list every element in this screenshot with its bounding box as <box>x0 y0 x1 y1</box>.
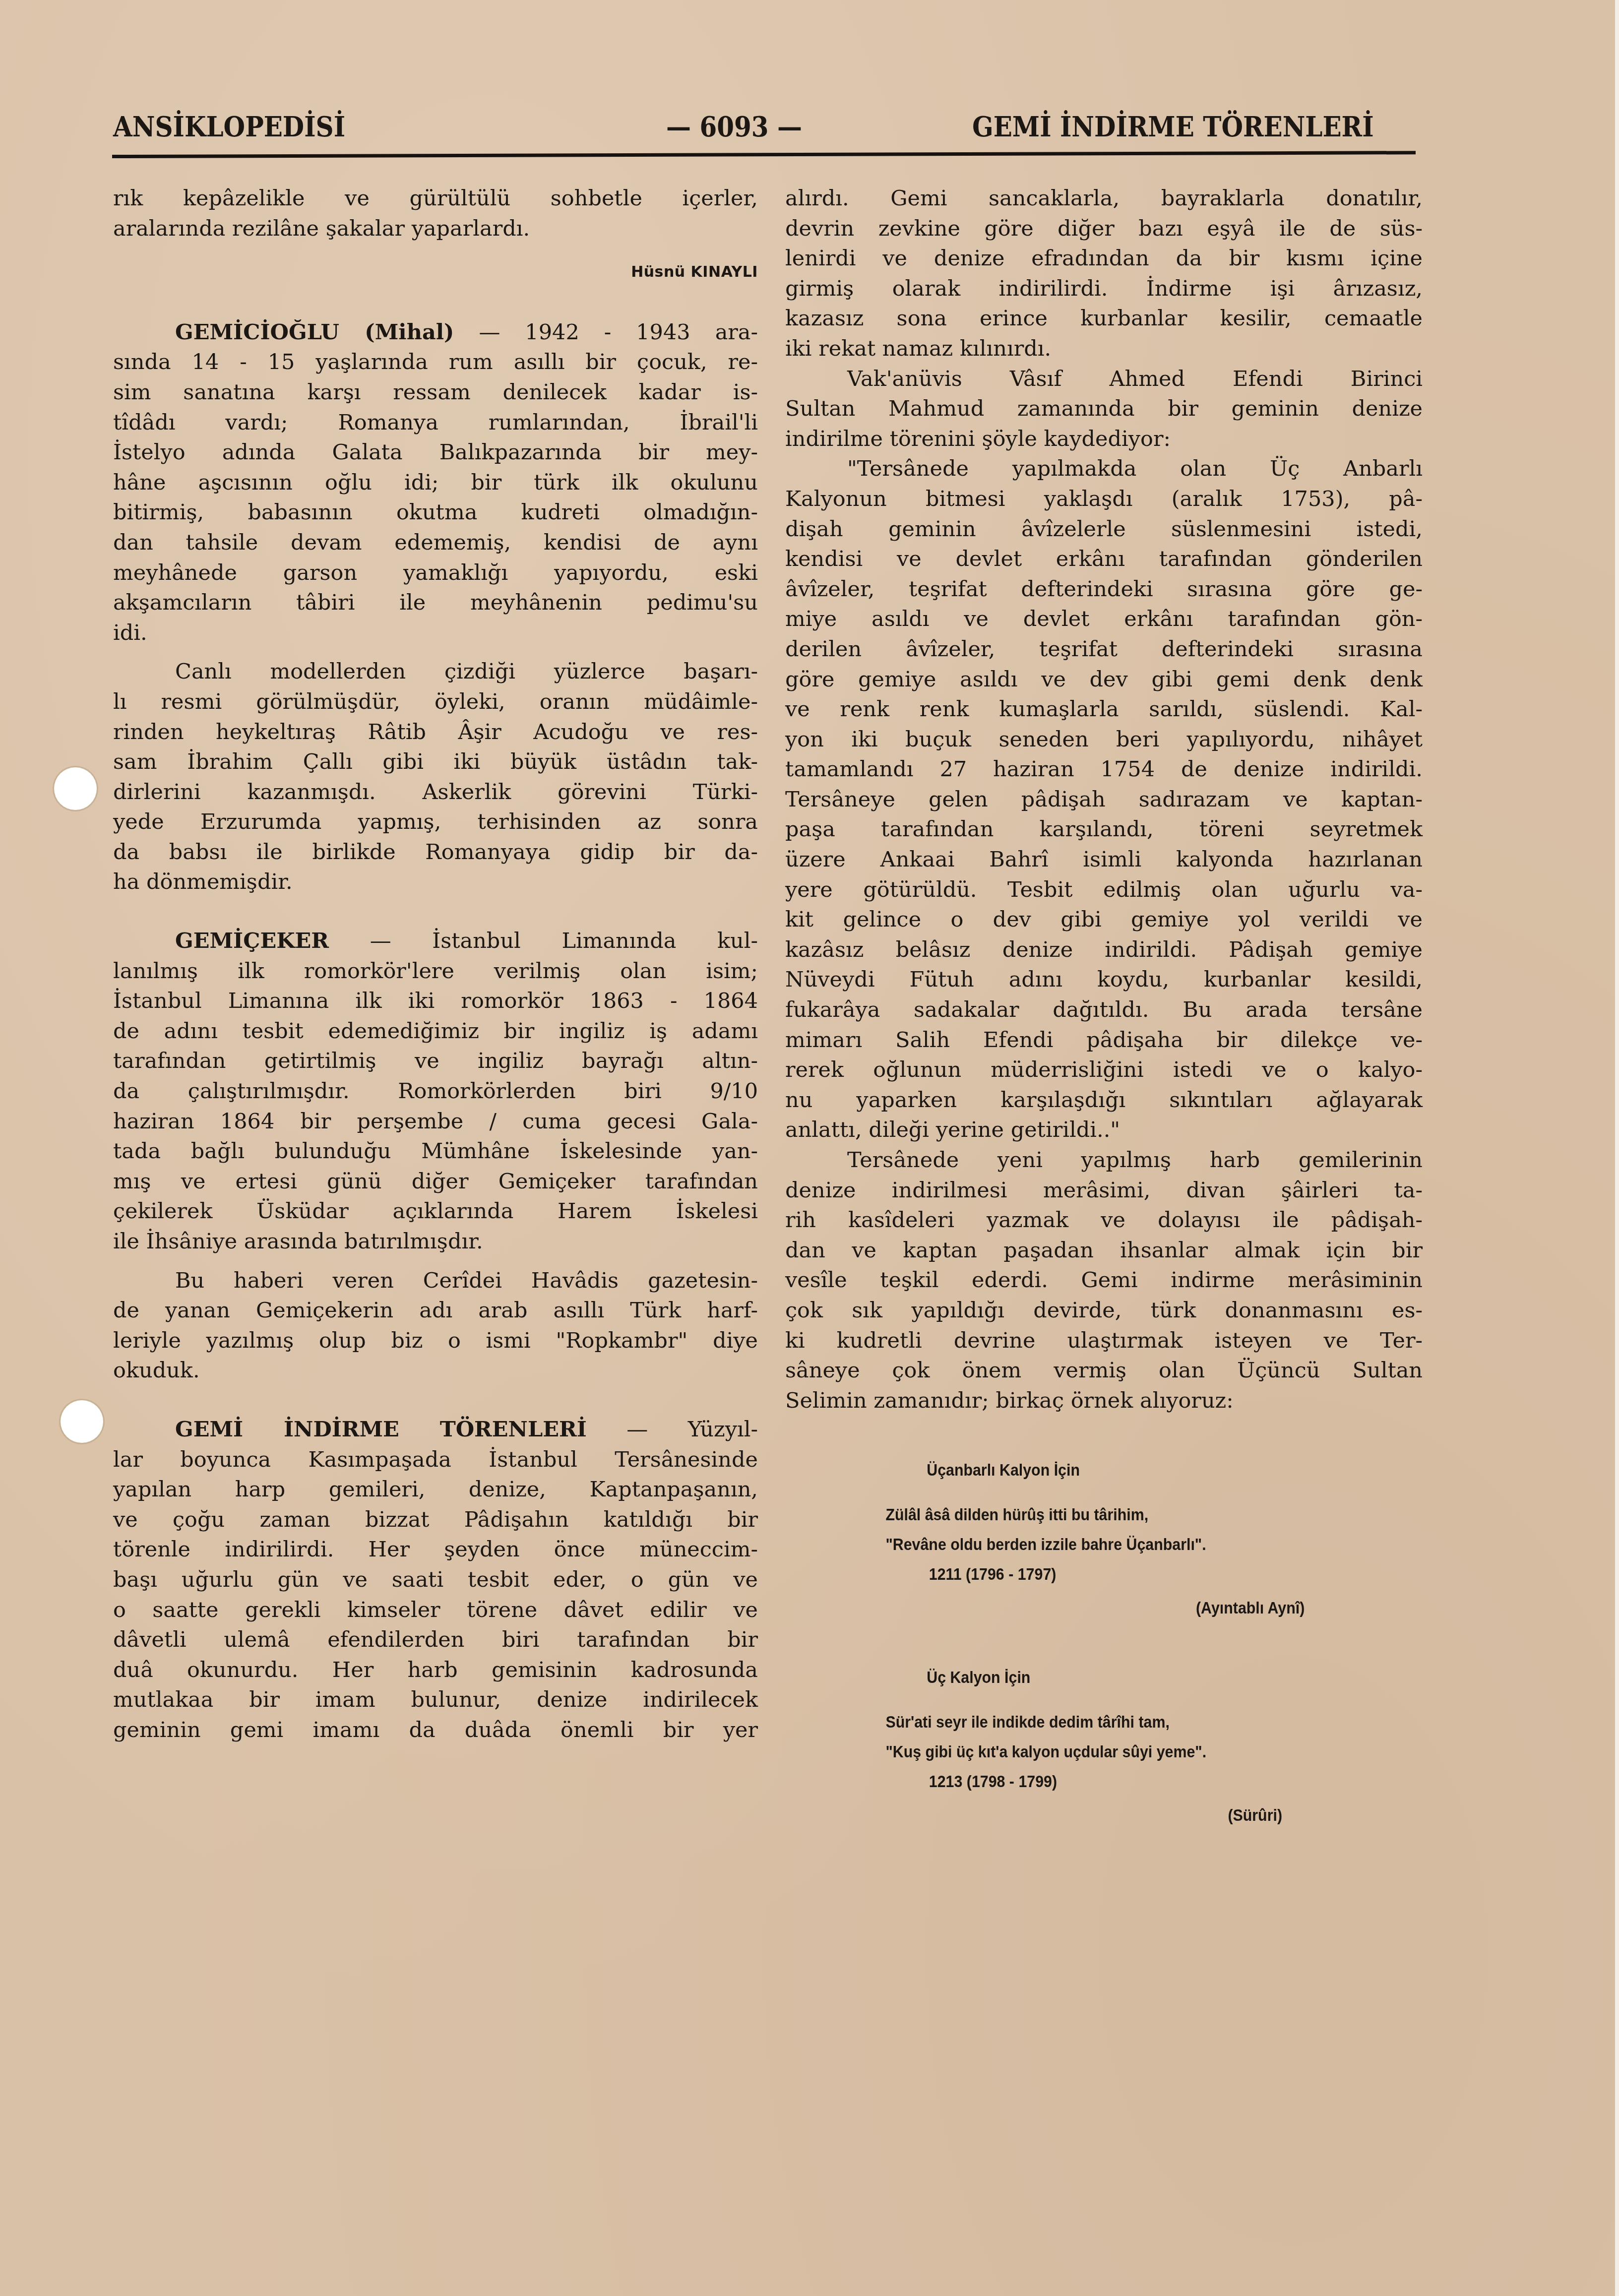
text-line: Bu haberi veren Cerîdei Havâdis gazetesi… <box>113 1266 758 1296</box>
poem-title: Üç Kalyon İçin <box>785 1663 1371 1692</box>
text-line: ha dönmemişdir. <box>113 867 758 897</box>
entry-term: GEMİCİOĞLU (Mihal) <box>175 320 454 345</box>
text-line: denize indirilmesi merâsimi, divan şâirl… <box>785 1176 1423 1206</box>
entry-gemi-indirme-torenleri: GEMİ İNDİRME TÖRENLERİ — Yüzyıl- lar boy… <box>113 1415 758 1745</box>
text-line: lanılmış ilk romorkör'lere verilmiş olan… <box>113 956 758 987</box>
entry-term: GEMİÇEKER <box>175 929 329 953</box>
text-line: mimarı Salih Efendi pâdişaha bir dilekçe… <box>785 1025 1423 1055</box>
text-line: duâ okunurdu. Her harb gemisinin kadrosu… <box>113 1655 758 1685</box>
spacer <box>113 1257 758 1266</box>
text-line: lenirdi ve denize efradından da bir kısm… <box>785 244 1423 274</box>
text-line: Vak'anüvis Vâsıf Ahmed Efendi Birinci <box>785 364 1423 394</box>
text-line: tada bağlı bulunduğu Mümhâne İskelesinde… <box>113 1136 758 1167</box>
poem-title: Üçanbarlı Kalyon İçin <box>785 1455 1371 1485</box>
punch-hole <box>54 767 97 810</box>
text-line: sında 14 - 15 yaşlarında rum asıllı bir … <box>113 347 758 377</box>
text-line: leriyle yazılmış olup biz o ismi "Ropkam… <box>113 1326 758 1356</box>
text-line: okuduk. <box>113 1356 758 1386</box>
text-line: meyhânede garson yamaklığı yapıyordu, es… <box>113 558 758 588</box>
entry-gemiceker: GEMİÇEKER — İstanbul Limanında kul- lanı… <box>113 926 758 1386</box>
text-line: sam İbrahim Çallı gibi iki büyük üstâdın… <box>113 747 758 777</box>
scan-edge <box>1615 0 1619 2296</box>
text-line: mış ve ertesi günü diğer Gemiçeker taraf… <box>113 1167 758 1197</box>
poem-verse: Zülâl âsâ dilden hürûş itti bu târihim, <box>785 1500 1371 1530</box>
page-number: — 6093 — <box>666 110 802 143</box>
text-line: Canlı modellerden çizdiği yüzlerce başar… <box>113 657 758 687</box>
text-line: kendisi ve devlet erkânı tarafından gönd… <box>785 544 1423 574</box>
text-line: dan ve kaptan paşadan ihsanlar almak içi… <box>785 1236 1423 1266</box>
text-line: ve renk renk kumaşlarla sarıldı, süslend… <box>785 694 1423 725</box>
entry-term: GEMİ İNDİRME TÖRENLERİ <box>175 1417 587 1442</box>
continuation-text: rık kepâzelikle ve gürültülü sohbetle iç… <box>113 184 758 244</box>
text-line: fukarâya sadakalar dağıtıldı. Bu arada t… <box>785 995 1423 1025</box>
text-line: da babsı ile birlikde Romanyaya gidip bi… <box>113 837 758 868</box>
text-line: Selimin zamanıdır; birkaç örnek alıyoruz… <box>785 1386 1423 1416</box>
entry-heading-line: GEMİÇEKER — İstanbul Limanında kul- <box>113 926 758 956</box>
text-line: kazasız sona erince kurbanlar kesilir, c… <box>785 304 1423 334</box>
poem-verse: "Kuş gibi üç kıt'a kalyon uçdular sûyi y… <box>785 1737 1371 1767</box>
text-line: devrin zevkine göre diğer bazı eşyâ ile … <box>785 214 1423 244</box>
text-line: lı resmi görülmüşdür, öyleki, oranın müd… <box>113 687 758 717</box>
text-line: ve çoğu zaman bizzat Pâdişahın katıldığı… <box>113 1505 758 1535</box>
text-line: de adını tesbit edemediğimiz bir ingiliz… <box>113 1016 758 1047</box>
text-line: geminin gemi imamı da duâda önemli bir y… <box>113 1715 758 1745</box>
text-line: rih kasîdeleri yazmak ve dolayısı ile pâ… <box>785 1205 1423 1236</box>
text-line: Sultan Mahmud zamanında bir geminin deni… <box>785 394 1423 424</box>
text-line: yapılan harp gemileri, denize, Kaptanpaş… <box>113 1475 758 1505</box>
text-line: girmiş olarak indirilirdi. İndirme işi â… <box>785 274 1423 304</box>
text-line: rinden heykeltıraş Râtib Âşir Acudoğu ve… <box>113 717 758 747</box>
text-line: miye asıldı ve devlet erkânı tarafından … <box>785 604 1423 634</box>
text-line: ile İhsâniye arasında batırılmışdır. <box>113 1227 758 1257</box>
text-line: dişah geminin âvîzelerle süslenmesini is… <box>785 514 1423 545</box>
spacer <box>113 648 758 657</box>
right-column: alırdı. Gemi sancaklarla, bayraklarla do… <box>785 184 1423 1830</box>
entry-lead: — İstanbul Limanında kul- <box>329 929 758 953</box>
text-line: sim sanatına karşı ressam denilecek kada… <box>113 377 758 408</box>
text-line: nu yaparken karşılaşdığı sıkıntıları ağl… <box>785 1085 1423 1116</box>
text-line: hâne aşcısının oğlu idi; bir türk ilk ok… <box>113 468 758 498</box>
entry-heading-line: GEMİCİOĞLU (Mihal) — 1942 - 1943 ara- <box>113 317 758 348</box>
text-line: lar boyunca Kasımpaşada İstanbul Tersâne… <box>113 1445 758 1475</box>
poem-date: 1211 (1796 - 1797) <box>785 1559 1371 1589</box>
text-line: göre gemiye asıldı ve dev gibi gemi denk… <box>785 665 1423 695</box>
text-line: bitirmiş, babasının okutma kudreti olmad… <box>113 497 758 528</box>
poem-author: (Ayıntablı Aynî) <box>785 1593 1371 1623</box>
spacer <box>113 897 758 926</box>
text-line: dâvetli ulemâ efendilerden biri tarafınd… <box>113 1625 758 1655</box>
text-line: tîdâdı vardı; Romanya rumlarından, İbrai… <box>113 408 758 438</box>
ceremony-description: alırdı. Gemi sancaklarla, bayraklarla do… <box>785 184 1423 364</box>
poem-verse: Sür'ati seyr ile indikde dedim târîhi ta… <box>785 1707 1371 1737</box>
poets-paragraph: Tersânede yeni yapılmış harb gemilerinin… <box>785 1145 1423 1416</box>
text-line: haziran 1864 bir perşembe / cuma gecesi … <box>113 1107 758 1137</box>
text-line: akşamcıların tâbiri ile meyhânenin pedim… <box>113 588 758 618</box>
text-line: Nüveydi Fütuh adını koydu, kurbanlar kes… <box>785 965 1423 995</box>
text-line: dirlerini kazanmışdı. Askerlik görevini … <box>113 777 758 807</box>
text-line: törenle indirilirdi. Her şeyden önce mün… <box>113 1535 758 1565</box>
text-line: vesîle teşkil ederdi. Gemi indirme merâs… <box>785 1265 1423 1296</box>
entry-heading-line: GEMİ İNDİRME TÖRENLERİ — Yüzyıl- <box>113 1415 758 1445</box>
author-signature: Hüsnü KINAYLI <box>113 257 758 288</box>
text-line: indirilme törenini şöyle kaydediyor: <box>785 424 1423 454</box>
text-line: aralarında rezilâne şakalar yaparlardı. <box>113 214 758 244</box>
text-line: çekilerek Üsküdar açıklarında Harem İske… <box>113 1196 758 1227</box>
text-line: "Tersânede yapılmakda olan Üç Anbarlı <box>785 454 1423 484</box>
poem-uc-kalyon: Üç Kalyon İçin Sür'ati seyr ile indikde … <box>785 1663 1371 1830</box>
entry-lead: — Yüzyıl- <box>587 1417 758 1442</box>
text-line: ki kudretli devrine ulaştırmak isteyen v… <box>785 1326 1423 1356</box>
poem-verse: "Revâne oldu berden izzile bahre Üçanbar… <box>785 1530 1371 1559</box>
text-line: o saatte gerekli kimseler törene dâvet e… <box>113 1595 758 1625</box>
spacer <box>113 1386 758 1415</box>
text-line: paşa tarafından karşılandı, töreni seyre… <box>785 814 1423 845</box>
historical-quote: "Tersânede yapılmakda olan Üç Anbarlı Ka… <box>785 454 1423 1145</box>
text-line: mutlakaa bir imam bulunur, denize indiri… <box>113 1685 758 1715</box>
entry-gemicioglu: GEMİCİOĞLU (Mihal) — 1942 - 1943 ara- sı… <box>113 317 758 897</box>
entry-lead: — 1942 - 1943 ara- <box>454 320 758 345</box>
poem-author: (Sürûri) <box>785 1800 1371 1830</box>
text-line: derilen âvîzeler, teşrifat defterindeki … <box>785 634 1423 665</box>
text-line: üzere Ankaai Bahrî isimli kalyonda hazır… <box>785 845 1423 875</box>
text-line: anlattı, dileği yerine getirildi.." <box>785 1115 1423 1145</box>
text-line: yere götürüldü. Tesbit edilmiş olan uğur… <box>785 875 1423 905</box>
text-line: rerek oğlunun müderrisliğini istedi ve o… <box>785 1055 1423 1085</box>
running-header-left: ANSİKLOPEDİSİ <box>113 110 345 143</box>
text-line: kit gelince o dev gibi gemiye yol verild… <box>785 905 1423 935</box>
text-line: İstanbul Limanına ilk iki romorkör 1863 … <box>113 986 758 1016</box>
text-line: âvîzeler, teşrifat defterindeki sırasına… <box>785 574 1423 605</box>
left-column: rık kepâzelikle ve gürültülü sohbetle iç… <box>113 184 758 1745</box>
text-line: tarafından getirtilmiş ve ingiliz bayrağ… <box>113 1046 758 1076</box>
poem-ucanbarli-kalyon: Üçanbarlı Kalyon İçin Zülâl âsâ dilden h… <box>785 1455 1371 1623</box>
text-line: Tersâneye gelen pâdişah sadırazam ve kap… <box>785 785 1423 815</box>
text-line: İstelyo adında Galata Balıkpazarında bir… <box>113 437 758 468</box>
text-line: da çalıştırılmışdır. Romorkörlerden biri… <box>113 1076 758 1107</box>
text-line: sâneye çok önem vermiş olan Üçüncü Sulta… <box>785 1356 1423 1386</box>
vakanuvis-intro: Vak'anüvis Vâsıf Ahmed Efendi Birinci Su… <box>785 364 1423 454</box>
text-line: tamamlandı 27 haziran 1754 de denize ind… <box>785 754 1423 785</box>
punch-hole <box>61 1400 103 1443</box>
text-line: iki rekat namaz kılınırdı. <box>785 334 1423 364</box>
text-line: kazâsız belâsız denize indirildi. Pâdişa… <box>785 935 1423 965</box>
poem-date: 1213 (1798 - 1799) <box>785 1767 1371 1797</box>
text-line: yon iki buçuk seneden beri yapılıyordu, … <box>785 725 1423 755</box>
text-line: alırdı. Gemi sancaklarla, bayraklarla do… <box>785 184 1423 214</box>
text-line: idi. <box>113 618 758 648</box>
text-line: çok sık yapıldığı devirde, türk donanmas… <box>785 1296 1423 1326</box>
text-line: Kalyonun bitmesi yaklaşdı (aralık 1753),… <box>785 484 1423 514</box>
text-line: başı uğurlu gün ve saati tesbit eder, o … <box>113 1565 758 1595</box>
text-line: dan tahsile devam edememiş, kendisi de a… <box>113 528 758 558</box>
text-line: de yanan Gemiçekerin adı arab asıllı Tür… <box>113 1296 758 1326</box>
text-line: Tersânede yeni yapılmış harb gemilerinin <box>785 1145 1423 1176</box>
text-line: yede Erzurumda yapmış, terhisinden az so… <box>113 807 758 837</box>
text-line: rık kepâzelikle ve gürültülü sohbetle iç… <box>113 184 758 214</box>
running-header-right: GEMİ İNDİRME TÖRENLERİ <box>972 110 1374 143</box>
